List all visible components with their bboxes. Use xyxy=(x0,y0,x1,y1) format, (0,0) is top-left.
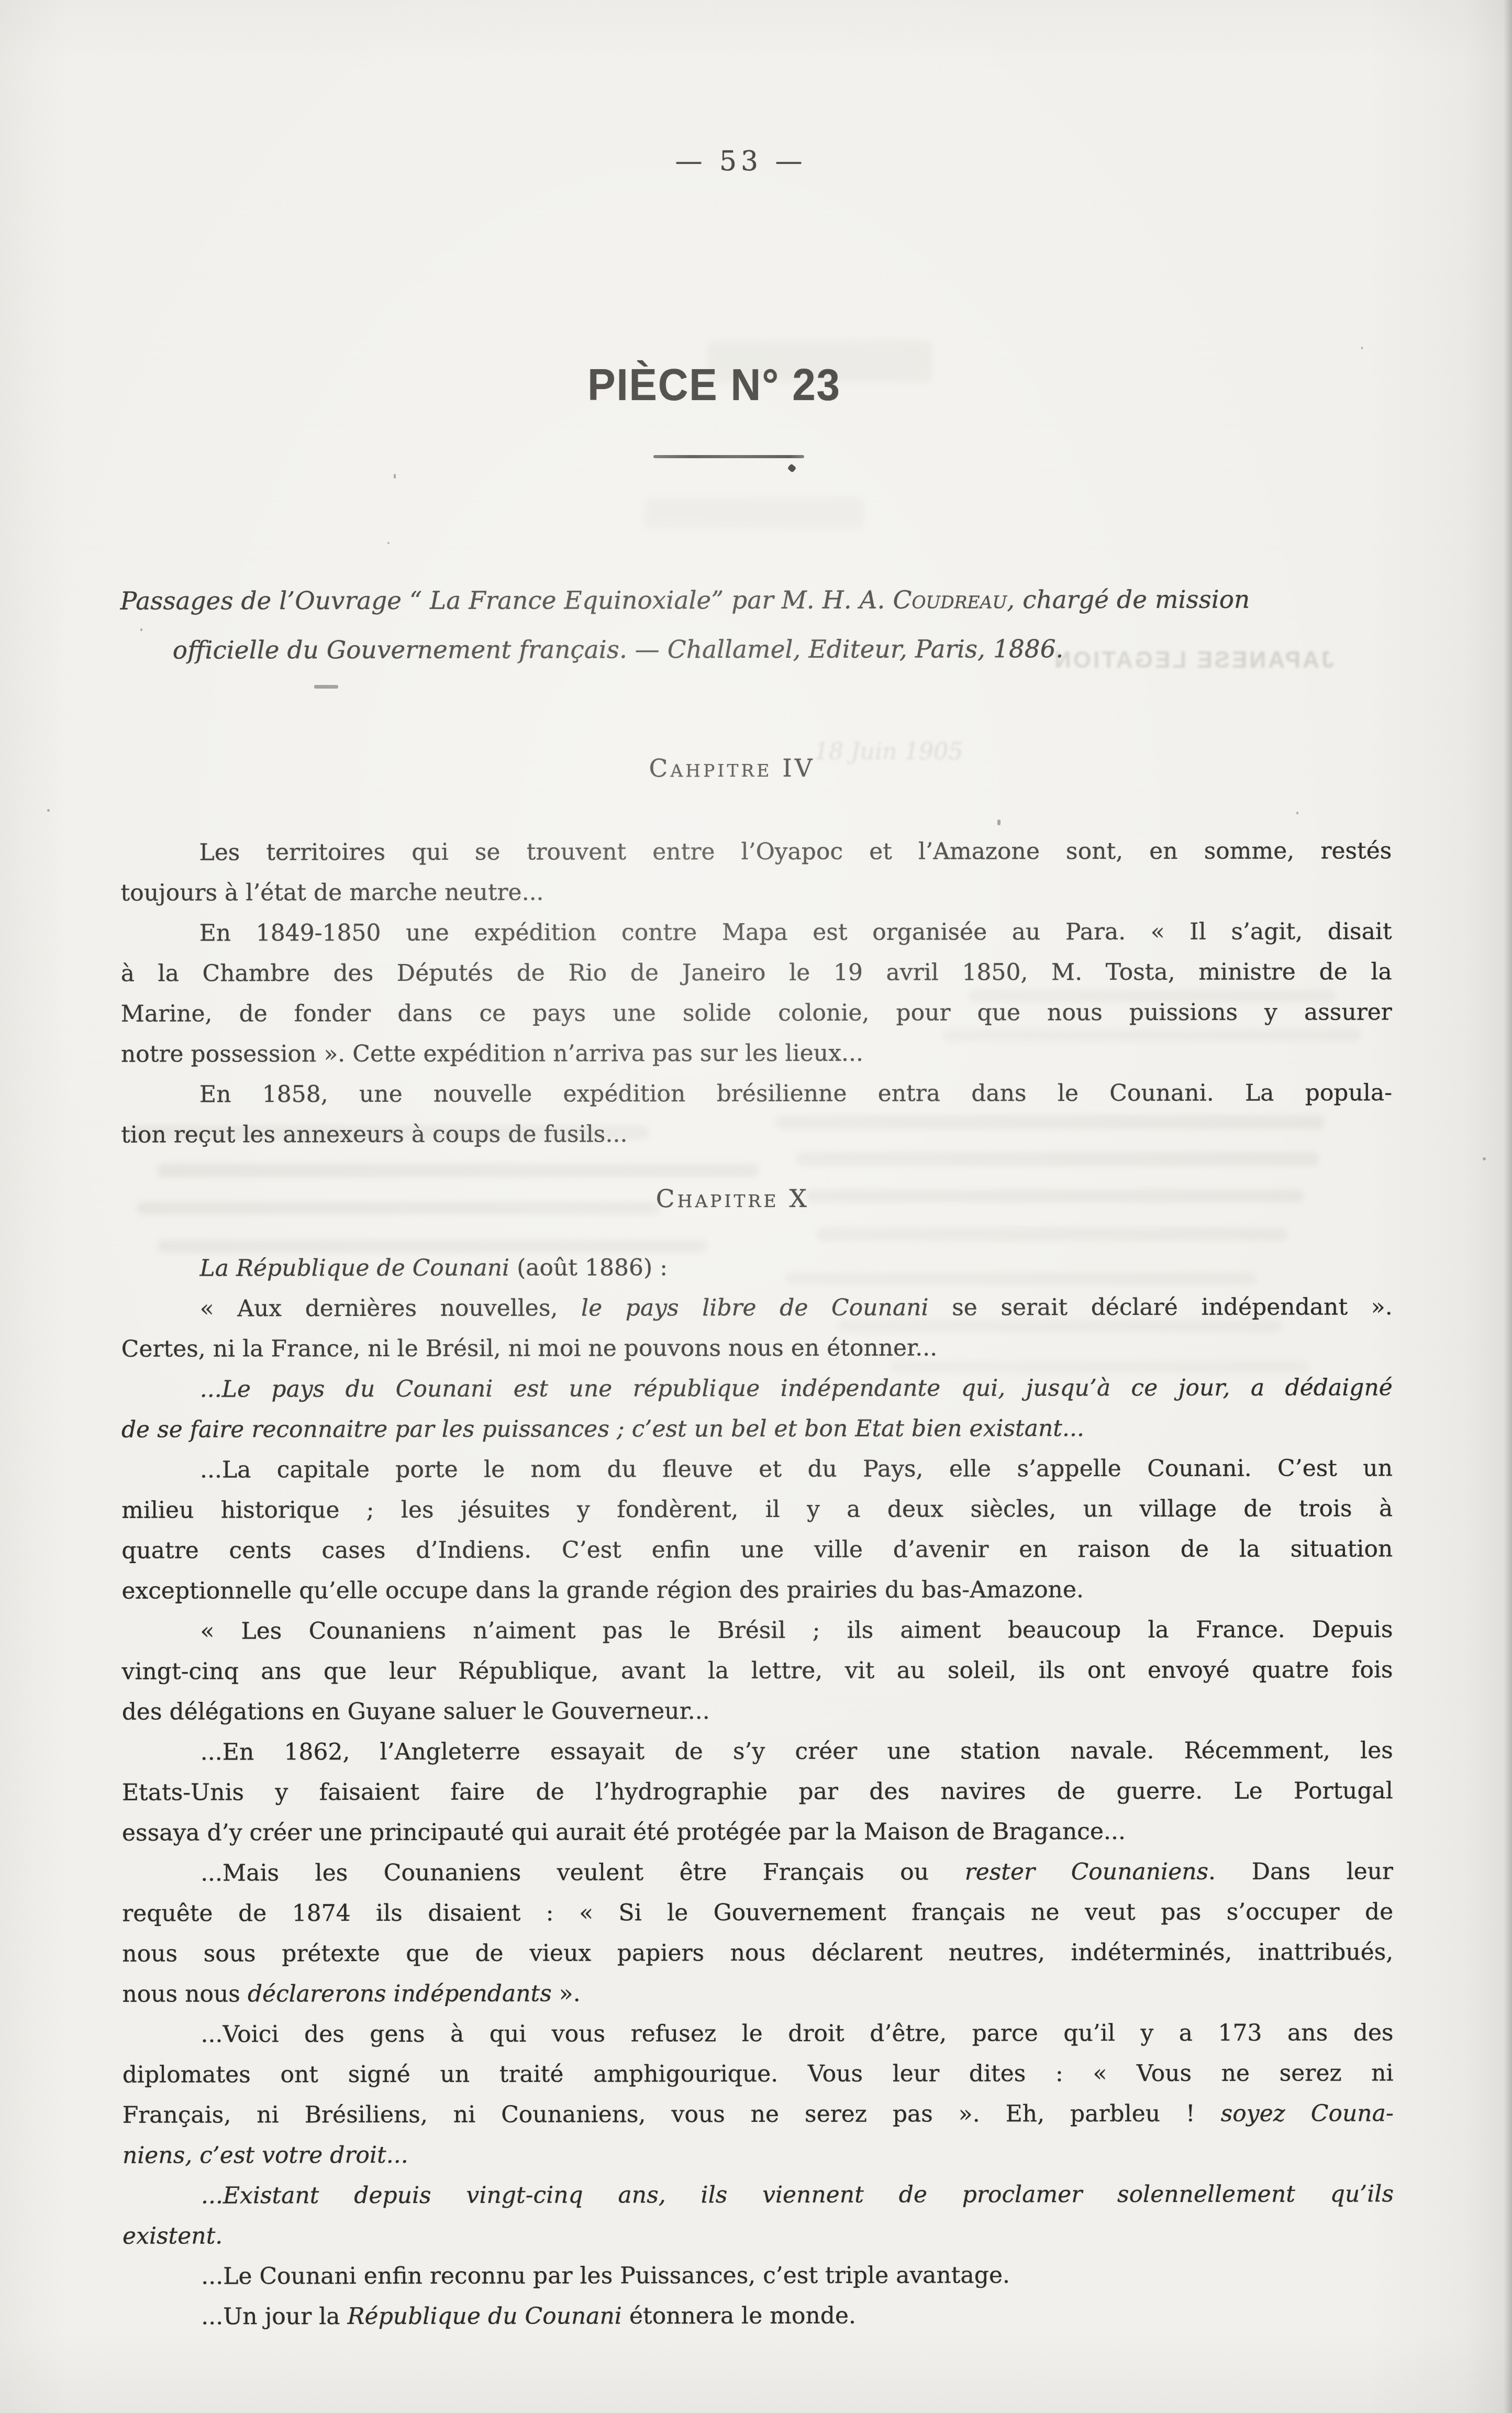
text-line: ...Voici des gens à qui vous refusez le … xyxy=(122,2012,1393,2054)
text-segment: Français, ni Brésiliens, ni Counaniens, … xyxy=(123,2100,1221,2129)
text-line: ...Mais les Counaniens veulent être Fran… xyxy=(122,1851,1393,1893)
text-segment: à la Chambre des Députés de Rio de Janei… xyxy=(121,958,1392,987)
document-body: Passages de l’Ouvrage “ La France Equino… xyxy=(120,575,1394,2337)
paragraph: ...Le Counani enfin reconnu par les Puis… xyxy=(123,2254,1394,2296)
paragraph: ...En 1862, l’Angleterre essayait de s’y… xyxy=(122,1730,1393,1853)
text-segment: vingt-cinq ans que leur République, avan… xyxy=(122,1656,1393,1685)
text-line: nous sous prétexte que de vieux papiers … xyxy=(122,1932,1393,1974)
text-segment: quatre cents cases d’Indiens. C’est enfi… xyxy=(121,1535,1393,1564)
text-segment: Certes, ni la France, ni le Brésil, ni m… xyxy=(121,1335,938,1363)
text-line: « Aux dernières nouvelles, le pays libre… xyxy=(121,1287,1393,1329)
text-segment: étonnera le monde. xyxy=(622,2303,856,2330)
text-segment: nous nous xyxy=(122,1980,248,2007)
text-line: essaya d’y créer une principauté qui aur… xyxy=(122,1811,1393,1853)
text-line: toujours à l’état de marche neutre... xyxy=(120,871,1392,913)
text-segment: de se faire reconnaitre par les puissanc… xyxy=(121,1415,1084,1443)
text-segment: diplomates ont signé un traité amphigour… xyxy=(123,2060,1394,2088)
text-line: ...En 1862, l’Angleterre essayait de s’y… xyxy=(122,1730,1393,1772)
text-line: Certes, ni la France, ni le Brésil, ni m… xyxy=(121,1327,1393,1369)
text-segment: ...Voici des gens à qui vous refusez le … xyxy=(201,2019,1394,2047)
paragraph: ...Voici des gens à qui vous refusez le … xyxy=(122,2012,1393,2175)
ink-speck xyxy=(314,685,338,689)
paragraph: ...La capitale porte le nom du fleuve et… xyxy=(121,1448,1393,1611)
chapitre-iv-heading: Cahpitre IV xyxy=(96,752,1368,785)
text-line: Etats-Unis y faisaient faire de l’hydrog… xyxy=(122,1770,1393,1812)
paragraph: ...Mais les Counaniens veulent être Fran… xyxy=(122,1851,1393,2014)
text-segment: ...Existant depuis vingt-cinq ans, ils v… xyxy=(201,2180,1394,2209)
text-line: Marine, de fonder dans ce pays une solid… xyxy=(121,992,1392,1034)
paragraph: « Aux dernières nouvelles, le pays libre… xyxy=(121,1287,1393,1369)
ink-speck xyxy=(394,474,396,479)
text-segment: exceptionnelle qu’elle occupe dans la gr… xyxy=(121,1576,1084,1604)
text-line: vingt-cinq ans que leur République, avan… xyxy=(122,1650,1393,1691)
paragraph: ...Le pays du Counani est une république… xyxy=(121,1367,1393,1449)
text-segment: se serait déclaré indépendant ». xyxy=(929,1293,1393,1321)
text-line: de se faire reconnaitre par les puissanc… xyxy=(121,1408,1393,1449)
text-segment: En 1849-1850 une expédition contre Mapa … xyxy=(199,918,1392,946)
paragraph: ...Existant depuis vingt-cinq ans, ils v… xyxy=(123,2174,1394,2256)
ink-speck xyxy=(140,628,142,631)
paragraph: ...Un jour la République du Counani éton… xyxy=(123,2295,1394,2337)
text-segment: ...En 1862, l’Angleterre essayait de s’y… xyxy=(201,1737,1393,1765)
text-segment: Marine, de fonder dans ce pays une solid… xyxy=(121,999,1392,1027)
ink-speck xyxy=(997,820,1000,825)
text-line: notre possession ». Cette expédition n’a… xyxy=(121,1032,1392,1074)
scanned-page: JAPANESE LEGATION 18 Juin 1905 — 53 — PI… xyxy=(0,0,1512,2413)
text-line: Passages de l’Ouvrage “ La France Equino… xyxy=(120,575,1392,626)
ink-speck xyxy=(769,1634,770,1636)
paragraph: Les territoires qui se trouvent entre l’… xyxy=(120,831,1392,913)
piece-title: PIÈCE N° 23 xyxy=(50,359,1378,411)
text-segment: nous sous prétexte que de vieux papiers … xyxy=(122,1939,1393,1967)
text-segment: République du Counani xyxy=(347,2303,622,2330)
text-line: des délégations en Guyane saluer le Gouv… xyxy=(122,1690,1393,1732)
text-segment: ...Le pays du Counani est une république… xyxy=(200,1374,1393,1402)
text-line: La République de Counani (août 1886) : xyxy=(121,1246,1392,1288)
source-note: Passages de l’Ouvrage “ La France Equino… xyxy=(120,575,1392,675)
text-segment: officielle du Gouvernement français. — C… xyxy=(173,635,1064,665)
text-line: ...Le pays du Counani est une république… xyxy=(121,1367,1393,1409)
ink-speck xyxy=(1483,1157,1486,1160)
text-segment: La République de Counani xyxy=(199,1255,509,1282)
chapitre-x-heading: Chapitre X xyxy=(97,1182,1368,1215)
text-line: diplomates ont signé un traité amphigour… xyxy=(123,2053,1394,2095)
text-segment: ...Mais les Counaniens veulent être Fran… xyxy=(201,1858,965,1886)
text-segment: En 1858, une nouvelle expédition brésili… xyxy=(199,1079,1392,1108)
text-segment: tion reçut les annexeurs à coups de fusi… xyxy=(121,1121,627,1148)
text-line: Français, ni Brésiliens, ni Counaniens, … xyxy=(123,2093,1394,2135)
text-segment: ». xyxy=(552,1980,581,2007)
text-segment: toujours à l’état de marche neutre... xyxy=(120,879,543,906)
ink-speck xyxy=(47,809,50,812)
text-line: officielle du Gouvernement français. — C… xyxy=(120,624,1392,675)
text-line: « Les Counaniens n’aiment pas le Brésil … xyxy=(121,1609,1393,1651)
text-segment: requête de 1874 ils disaient : « Si le G… xyxy=(122,1898,1393,1927)
text-line: ...Un jour la République du Counani éton… xyxy=(123,2295,1394,2337)
lead-line: La République de Counani (août 1886) : xyxy=(121,1246,1392,1288)
text-segment: milieu historique ; les jésuites y fondè… xyxy=(121,1495,1393,1523)
text-segment: ...La capitale porte le nom du fleuve et… xyxy=(200,1455,1393,1483)
text-line: Les territoires qui se trouvent entre l’… xyxy=(120,831,1392,872)
text-segment: (août 1886) : xyxy=(509,1254,668,1281)
text-line: ...Existant depuis vingt-cinq ans, ils v… xyxy=(123,2174,1394,2216)
text-line: ...La capitale porte le nom du fleuve et… xyxy=(121,1448,1393,1490)
ink-dot xyxy=(787,463,797,473)
text-line: En 1858, une nouvelle expédition brésili… xyxy=(121,1072,1392,1114)
ink-speck xyxy=(387,542,390,544)
text-segment: Etats-Unis y faisaient faire de l’hydrog… xyxy=(122,1777,1393,1806)
title-rule xyxy=(653,455,804,458)
text-segment: Les territoires qui se trouvent entre l’… xyxy=(199,837,1392,866)
text-segment: rester Counaniens xyxy=(965,1858,1208,1886)
paragraph: En 1858, une nouvelle expédition brésili… xyxy=(121,1072,1392,1155)
text-segment: essaya d’y créer une principauté qui aur… xyxy=(122,1818,1126,1846)
text-segment: le pays libre de Counani xyxy=(581,1294,929,1322)
text-line: nous nous déclarerons indépendants ». xyxy=(122,1972,1393,2014)
text-segment: soyez Couna- xyxy=(1221,2100,1394,2127)
text-segment: « Aux dernières nouvelles, xyxy=(200,1294,582,1322)
paragraph: « Les Counaniens n’aiment pas le Brésil … xyxy=(121,1609,1393,1732)
text-line: à la Chambre des Députés de Rio de Janei… xyxy=(121,951,1392,993)
text-segment: Passages de l’Ouvrage “ La France Equino… xyxy=(120,586,893,616)
paragraph: En 1849-1850 une expédition contre Mapa … xyxy=(121,911,1392,1074)
text-segment: niens, c’est votre droit... xyxy=(123,2142,408,2169)
text-segment: . Dans leur xyxy=(1208,1858,1393,1885)
text-line: En 1849-1850 une expédition contre Mapa … xyxy=(121,911,1392,953)
ink-speck xyxy=(1361,347,1363,349)
text-line: existent. xyxy=(123,2214,1394,2256)
page-number: — 53 — xyxy=(0,146,1482,177)
text-segment: existent. xyxy=(123,2222,223,2249)
text-line: niens, c’est votre droit... xyxy=(123,2133,1394,2175)
text-segment: notre possession ». Cette expédition n’a… xyxy=(121,1040,863,1068)
text-line: ...Le Counani enfin reconnu par les Puis… xyxy=(123,2254,1394,2296)
text-line: quatre cents cases d’Indiens. C’est enfi… xyxy=(121,1529,1393,1570)
bleed-smudge xyxy=(644,497,864,529)
text-segment: , chargé de mission xyxy=(1007,585,1250,615)
text-segment: Coudreau xyxy=(893,585,1007,614)
ink-speck xyxy=(186,2242,188,2244)
text-line: milieu historique ; les jésuites y fondè… xyxy=(121,1488,1393,1530)
text-segment: ...Un jour la xyxy=(201,2303,347,2330)
text-segment: des délégations en Guyane saluer le Gouv… xyxy=(122,1698,710,1725)
ink-speck xyxy=(1296,812,1298,814)
text-line: requête de 1874 ils disaient : « Si le G… xyxy=(122,1891,1393,1933)
text-line: tion reçut les annexeurs à coups de fusi… xyxy=(121,1113,1392,1155)
text-segment: « Les Counaniens n’aiment pas le Brésil … xyxy=(200,1616,1393,1644)
text-segment: déclarerons indépendants xyxy=(248,1980,552,2008)
text-segment: ...Le Counani enfin reconnu par les Puis… xyxy=(201,2262,1010,2289)
text-line: exceptionnelle qu’elle occupe dans la gr… xyxy=(121,1569,1393,1611)
